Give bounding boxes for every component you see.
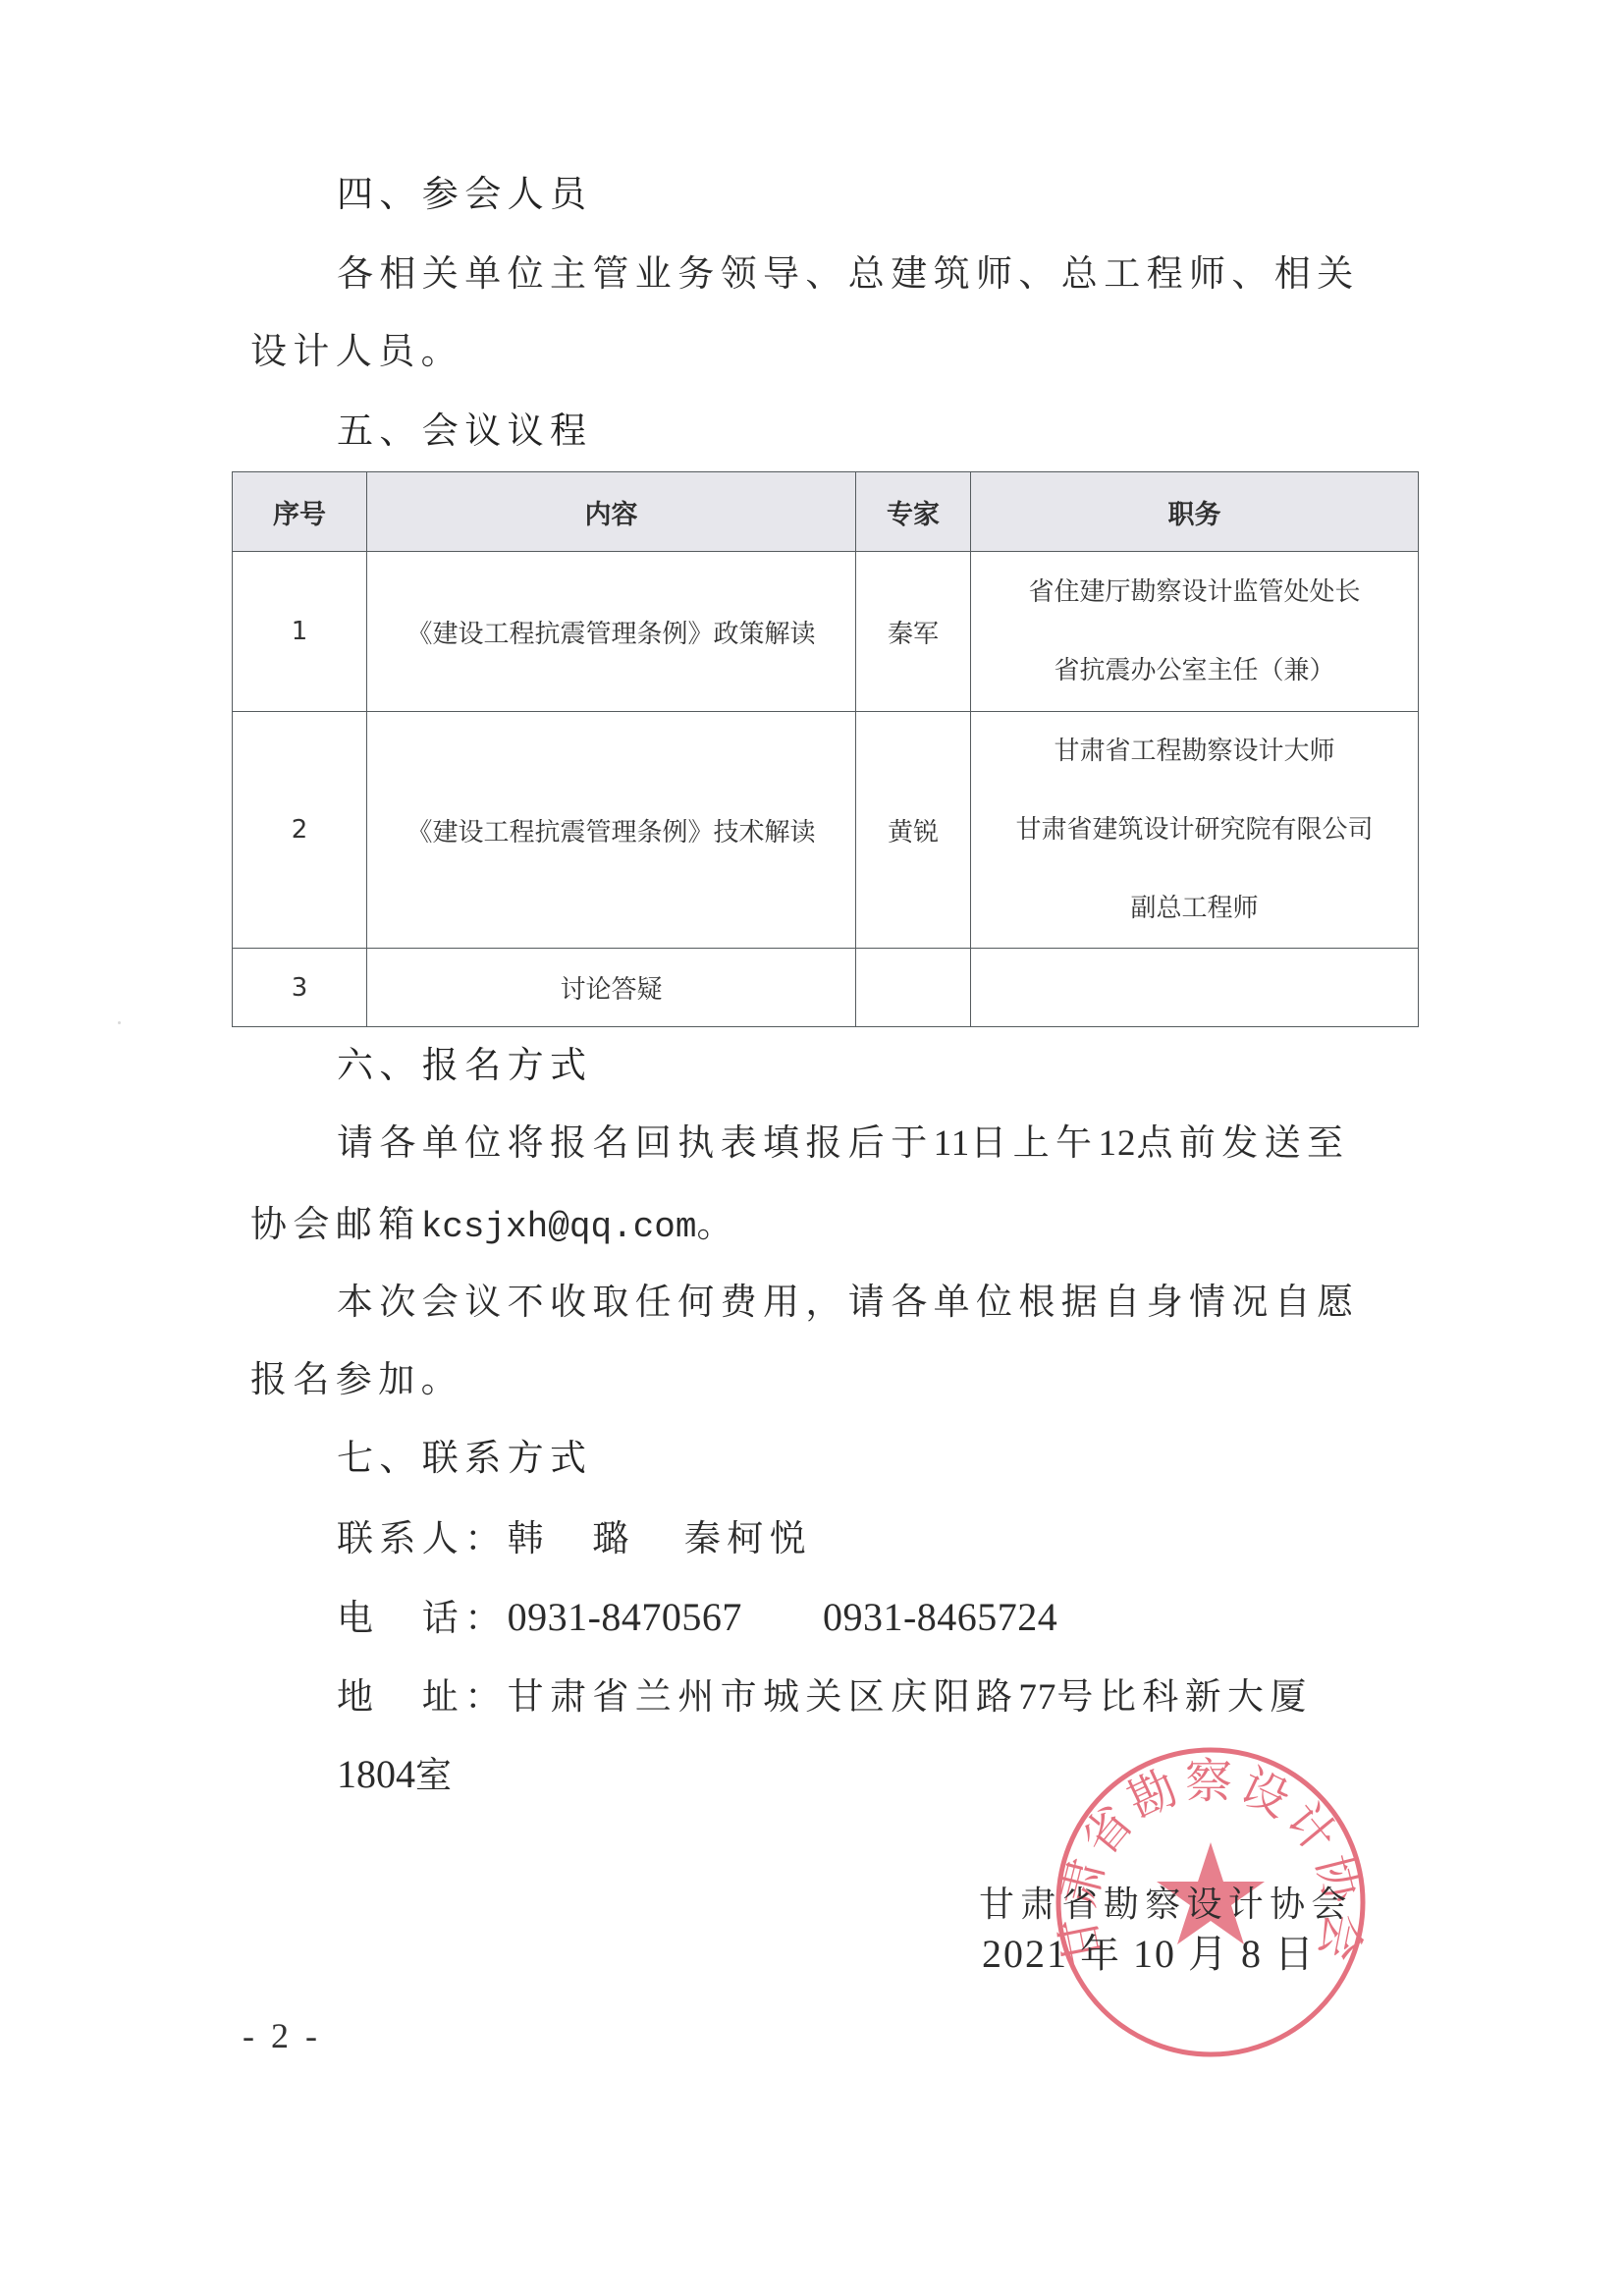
cell-expert: 秦军 [856, 552, 971, 712]
contact-label: 联系人： [337, 1517, 508, 1559]
text-segment: 协会邮箱 [250, 1203, 421, 1245]
address-line-2: 1804室 [337, 1753, 458, 1796]
header-content: 内容 [367, 472, 856, 552]
cell-title: 省住建厅勘察设计监管处处长 省抗震办公室主任（兼） [971, 552, 1419, 712]
text-segment: 日上午 [970, 1121, 1098, 1164]
text-segment: 号比科新大厦 [1056, 1675, 1312, 1718]
scan-speck [118, 1021, 121, 1024]
cell-no: 2 [233, 712, 367, 949]
cell-title-line: 甘肃省建筑设计研究院有限公司 [971, 791, 1418, 869]
cell-expert: 黄锐 [856, 712, 971, 949]
text-segment: 请各单位将报名回执表填报后于 [337, 1121, 934, 1164]
section-heading-contact: 七、联系方式 [337, 1437, 592, 1480]
header-no: 序号 [233, 472, 367, 552]
email-address: kcsjxh@qq.com [421, 1207, 697, 1247]
registration-day: 11 [934, 1123, 971, 1164]
page-number: - 2 - [243, 2015, 321, 2056]
phone-number-2: 0931-8465724 [823, 1595, 1057, 1639]
room-number: 1804 [337, 1752, 415, 1796]
cell-expert [856, 949, 971, 1027]
cell-title-line: 省抗震办公室主任（兼） [971, 631, 1418, 710]
cell-content: 讨论答疑 [367, 949, 856, 1027]
phone-line: 电 话：0931-84705670931-8465724 [337, 1596, 1057, 1639]
header-expert: 专家 [856, 472, 971, 552]
cell-content-text: 讨论答疑 [560, 975, 662, 1005]
table-row: 3 讨论答疑 [233, 949, 1419, 1027]
section-heading-agenda: 五、会议议程 [337, 410, 592, 453]
cell-no: 3 [233, 949, 367, 1027]
cell-no: 1 [233, 552, 367, 712]
agenda-table: 序号 内容 专家 职务 1 《建设工程抗震管理条例》政策解读 秦军 省住建厅勘察… [232, 471, 1419, 1027]
cell-content: 《建设工程抗震管理条例》技术解读 [367, 712, 856, 949]
document-page: 四、参会人员 各相关单位主管业务领导、总建筑师、总工程师、相关 设计人员。 五、… [0, 0, 1623, 2296]
cell-title-line: 副总工程师 [971, 869, 1418, 948]
header-title: 职务 [971, 472, 1419, 552]
section-heading-registration: 六、报名方式 [337, 1044, 592, 1087]
text-segment: 甘肃省兰州市城关区庆阳路 [508, 1675, 1019, 1718]
cell-content-text: 《建设工程抗震管理条例》技术解读 [406, 818, 815, 847]
text-segment: 。 [696, 1203, 738, 1245]
table-row: 1 《建设工程抗震管理条例》政策解读 秦军 省住建厅勘察设计监管处处长 省抗震办… [233, 552, 1419, 712]
registration-hour: 12 [1098, 1123, 1136, 1164]
cell-title-line: 甘肃省工程勘察设计大师 [971, 712, 1418, 791]
address-line-1: 地 址：甘肃省兰州市城关区庆阳路77号比科新大厦 [337, 1675, 1313, 1719]
signing-organization: 甘肃省勘察设计协会 [979, 1884, 1353, 1927]
cell-content: 《建设工程抗震管理条例》政策解读 [367, 552, 856, 712]
table-row: 2 《建设工程抗震管理条例》技术解读 黄锐 甘肃省工程勘察设计大师 甘肃省建筑设… [233, 712, 1419, 949]
table-header-row: 序号 内容 专家 职务 [233, 472, 1419, 552]
phone-label: 电 话： [337, 1597, 508, 1639]
attendees-text-line-1: 各相关单位主管业务领导、总建筑师、总工程师、相关 [337, 252, 1360, 296]
contact-person-1: 韩 璐 [508, 1517, 635, 1559]
text-segment: 室 [415, 1754, 458, 1796]
street-number: 77 [1018, 1677, 1056, 1718]
registration-text-line-1: 请各单位将报名回执表填报后于11日上午12点前发送至 [337, 1121, 1349, 1165]
registration-text-line-2: 协会邮箱kcsjxh@qq.com。 [250, 1203, 739, 1246]
contact-person-2: 秦柯悦 [684, 1517, 812, 1559]
cell-title-line: 省住建厅勘察设计监管处处长 [971, 553, 1418, 631]
cell-content-text: 《建设工程抗震管理条例》政策解读 [406, 620, 815, 649]
address-label: 地 址： [337, 1675, 508, 1718]
text-segment: 点前发送至 [1136, 1121, 1349, 1164]
section-heading-attendees: 四、参会人员 [337, 173, 592, 216]
cell-title [971, 949, 1419, 1027]
contact-person-line: 联系人：韩 璐秦柯悦 [337, 1517, 812, 1560]
cell-title: 甘肃省工程勘察设计大师 甘肃省建筑设计研究院有限公司 副总工程师 [971, 712, 1419, 949]
signing-date: 2021 年 10 月 8 日 [982, 1933, 1316, 1976]
attendees-text-line-2: 设计人员。 [250, 330, 463, 373]
fee-text-line-2: 报名参加。 [250, 1358, 463, 1401]
phone-number-1: 0931-8470567 [508, 1595, 742, 1639]
fee-text-line-1: 本次会议不收取任何费用，请各单位根据自身情况自愿 [337, 1281, 1360, 1324]
